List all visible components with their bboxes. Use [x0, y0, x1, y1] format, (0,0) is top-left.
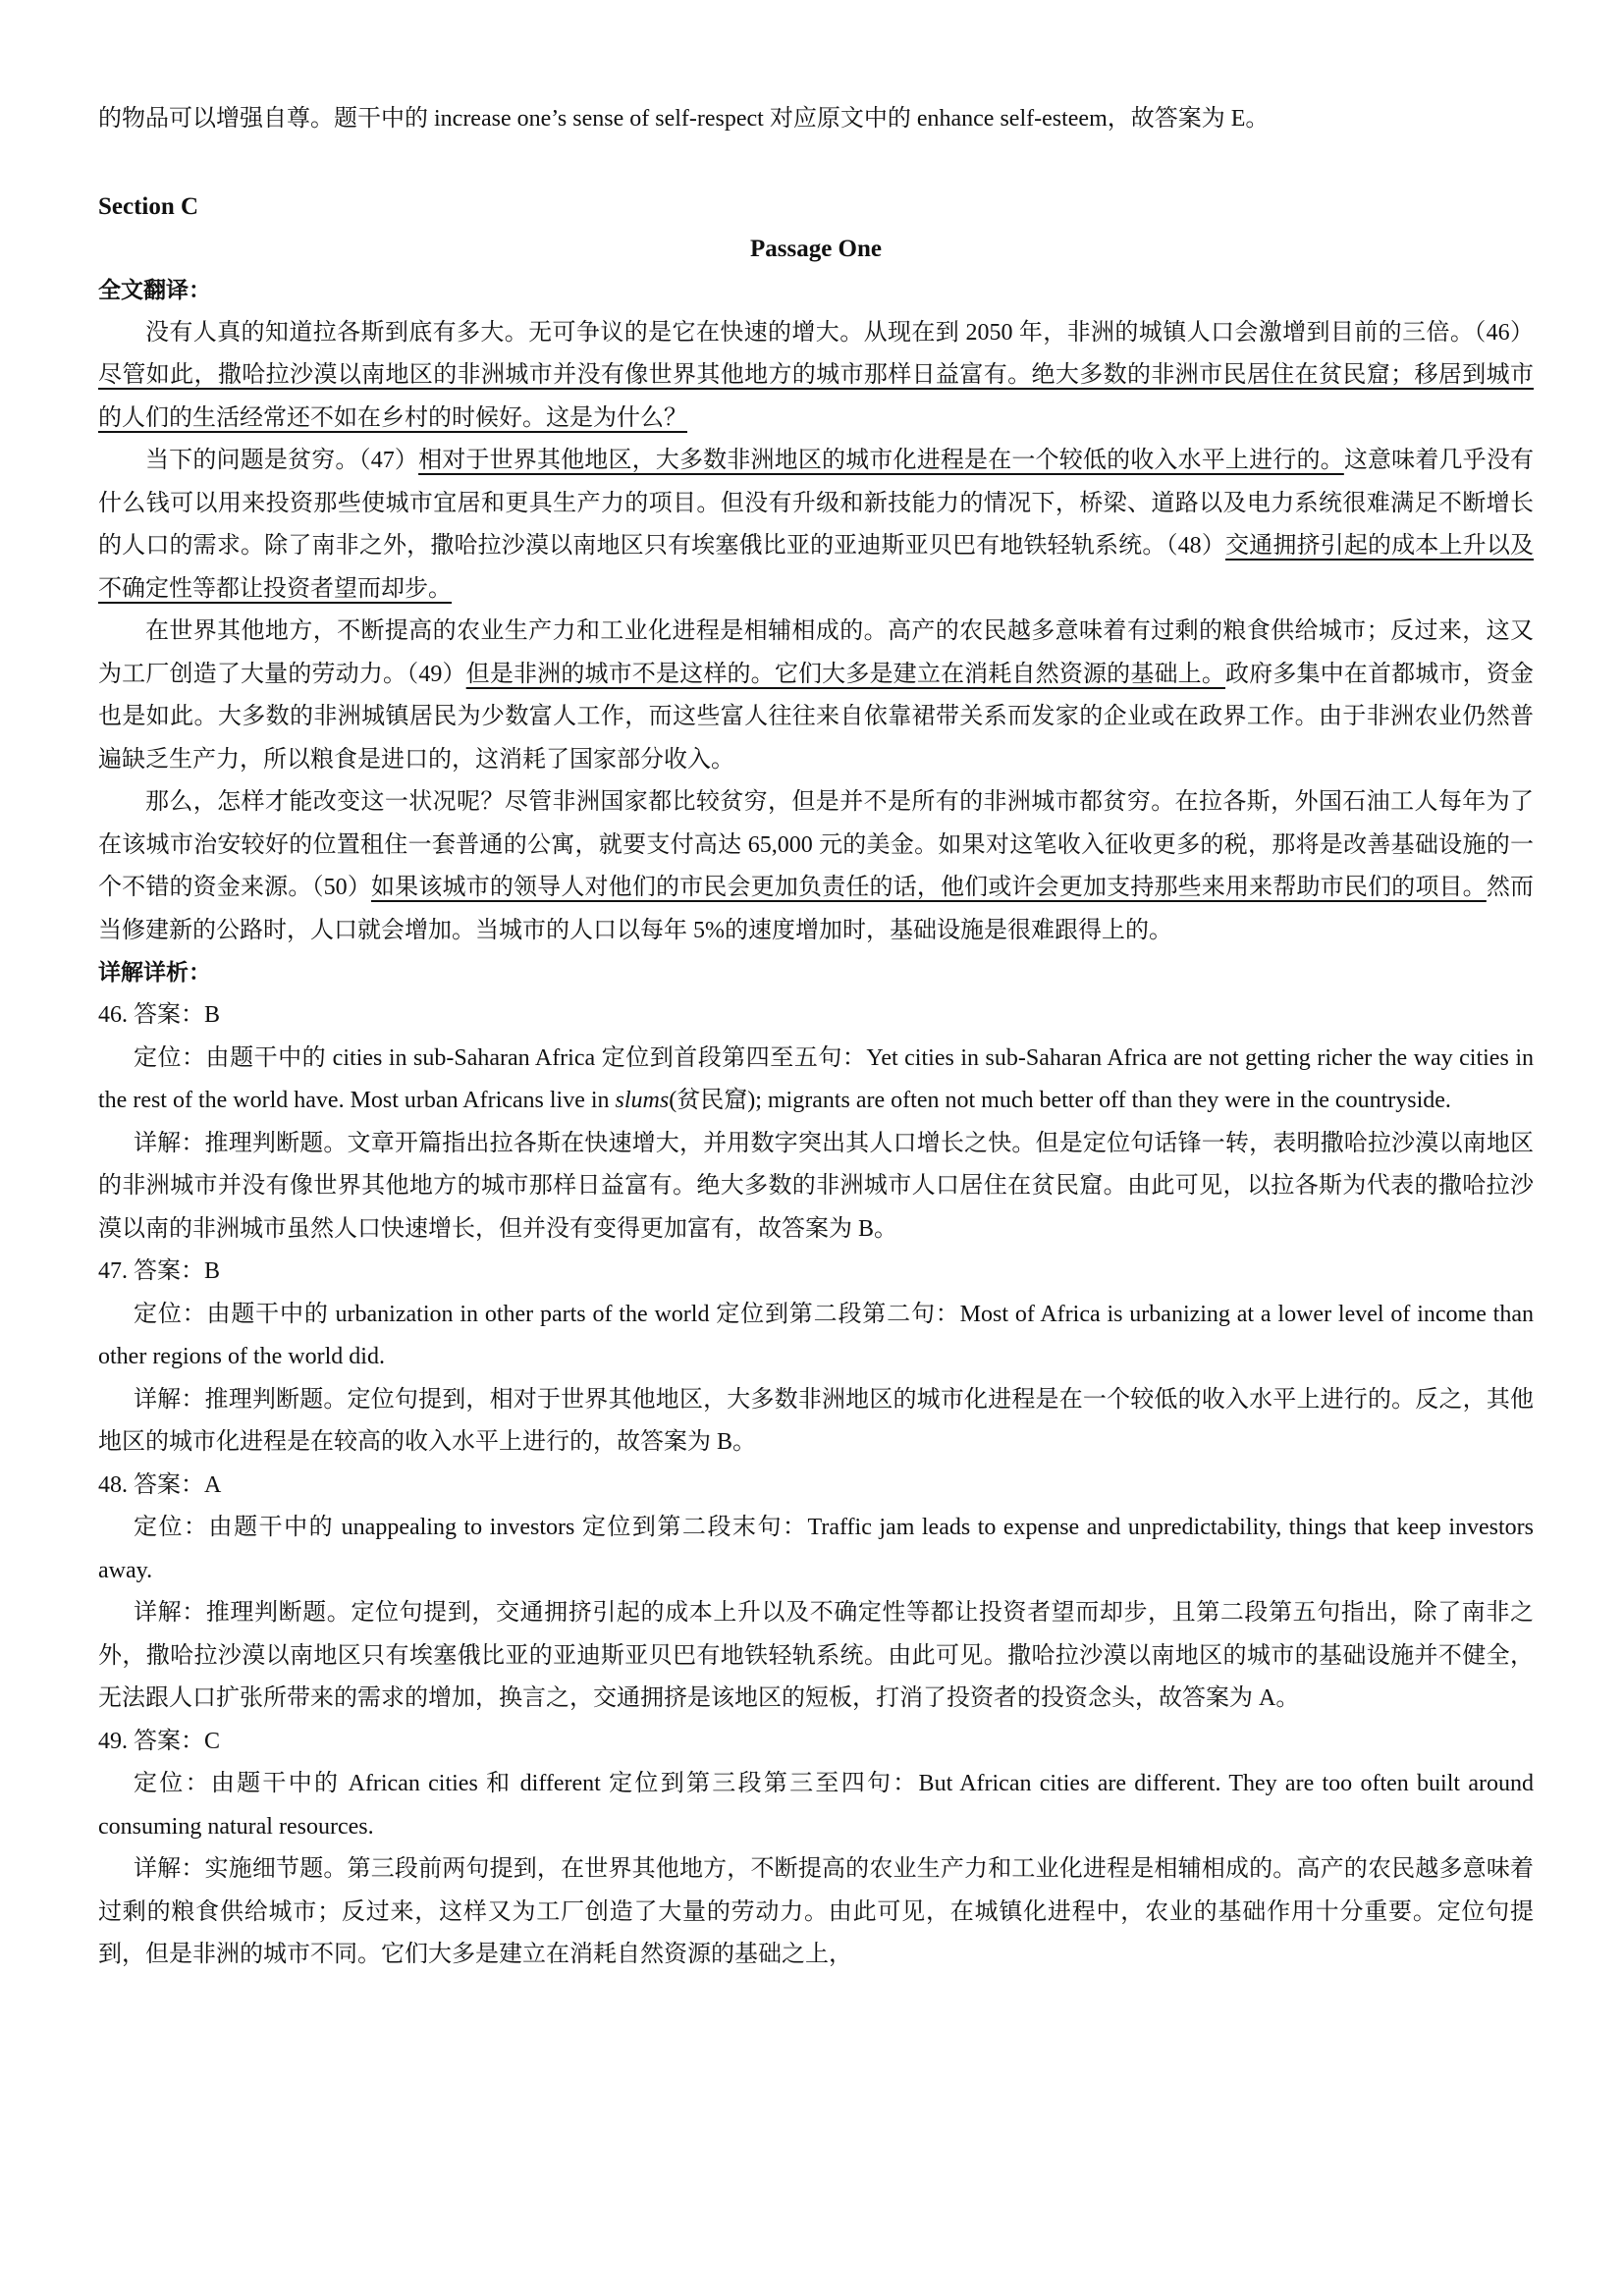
underlined-sentence-46: 尽管如此，撒哈拉沙漠以南地区的非洲城市并没有像世界其他地方的城市那样日益富有。绝…: [98, 362, 1534, 431]
underlined-sentence-47: 相对于世界其他地区，大多数非洲地区的城市化进程是在一个较低的收入水平上进行的。: [418, 448, 1344, 473]
answer-46: 46. 答案：B: [98, 994, 1534, 1038]
section-heading: Section C: [98, 186, 1534, 228]
spacer: [98, 141, 1534, 186]
detail-46: 详解：推理判断题。文章开篇指出拉各斯在快速增大，并用数字突出其人口增长之快。但是…: [98, 1123, 1534, 1252]
paragraph-text: 当下的问题是贫穷。（47）: [145, 448, 418, 473]
underlined-sentence-50: 如果该城市的领导人对他们的市民会更加负责任的话，他们或许会更加支持那些来用来帮助…: [371, 875, 1487, 900]
locate-48: 定位：由题干中的 unappealing to investors 定位到第二段…: [98, 1507, 1534, 1592]
detail-48: 详解：推理判断题。定位句提到，交通拥挤引起的成本上升以及不确定性等都让投资者望而…: [98, 1592, 1534, 1721]
locate-text: (贫民窟); migrants are often not much bette…: [669, 1088, 1451, 1113]
translation-heading: 全文翻译：: [98, 270, 1534, 312]
paragraph-text: 没有人真的知道拉各斯到底有多大。无可争议的是它在快速的增大。从现在到 2050 …: [145, 320, 1534, 346]
italic-term: slums: [616, 1088, 670, 1113]
translation-paragraph-1: 没有人真的知道拉各斯到底有多大。无可争议的是它在快速的增大。从现在到 2050 …: [98, 312, 1534, 441]
detail-47: 详解：推理判断题。定位句提到，相对于世界其他地区，大多数非洲地区的城市化进程是在…: [98, 1379, 1534, 1465]
locate-46: 定位：由题干中的 cities in sub-Saharan Africa 定位…: [98, 1038, 1534, 1123]
translation-paragraph-4: 那么，怎样才能改变这一状况呢？尽管非洲国家都比较贫穷，但是并不是所有的非洲城市都…: [98, 781, 1534, 952]
previous-answer-tail: 的物品可以增强自尊。题干中的 increase one’s sense of s…: [98, 98, 1534, 141]
locate-49: 定位：由题干中的 African cities 和 different 定位到第…: [98, 1763, 1534, 1848]
answer-47: 47. 答案：B: [98, 1251, 1534, 1294]
translation-paragraph-3: 在世界其他地方，不断提高的农业生产力和工业化进程是相辅相成的。高产的农民越多意味…: [98, 611, 1534, 781]
document-page: 的物品可以增强自尊。题干中的 increase one’s sense of s…: [98, 98, 1534, 1977]
answer-49: 49. 答案：C: [98, 1721, 1534, 1764]
answer-48: 48. 答案：A: [98, 1465, 1534, 1508]
passage-title: Passage One: [98, 228, 1534, 270]
detail-49: 详解：实施细节题。第三段前两句提到，在世界其他地方，不断提高的农业生产力和工业化…: [98, 1848, 1534, 1977]
translation-paragraph-2: 当下的问题是贫穷。（47）相对于世界其他地区，大多数非洲地区的城市化进程是在一个…: [98, 440, 1534, 611]
analysis-heading: 详解详析：: [98, 952, 1534, 994]
locate-47: 定位：由题干中的 urbanization in other parts of …: [98, 1294, 1534, 1379]
underlined-sentence-49: 但是非洲的城市不是这样的。它们大多是建立在消耗自然资源的基础上。: [466, 662, 1225, 687]
